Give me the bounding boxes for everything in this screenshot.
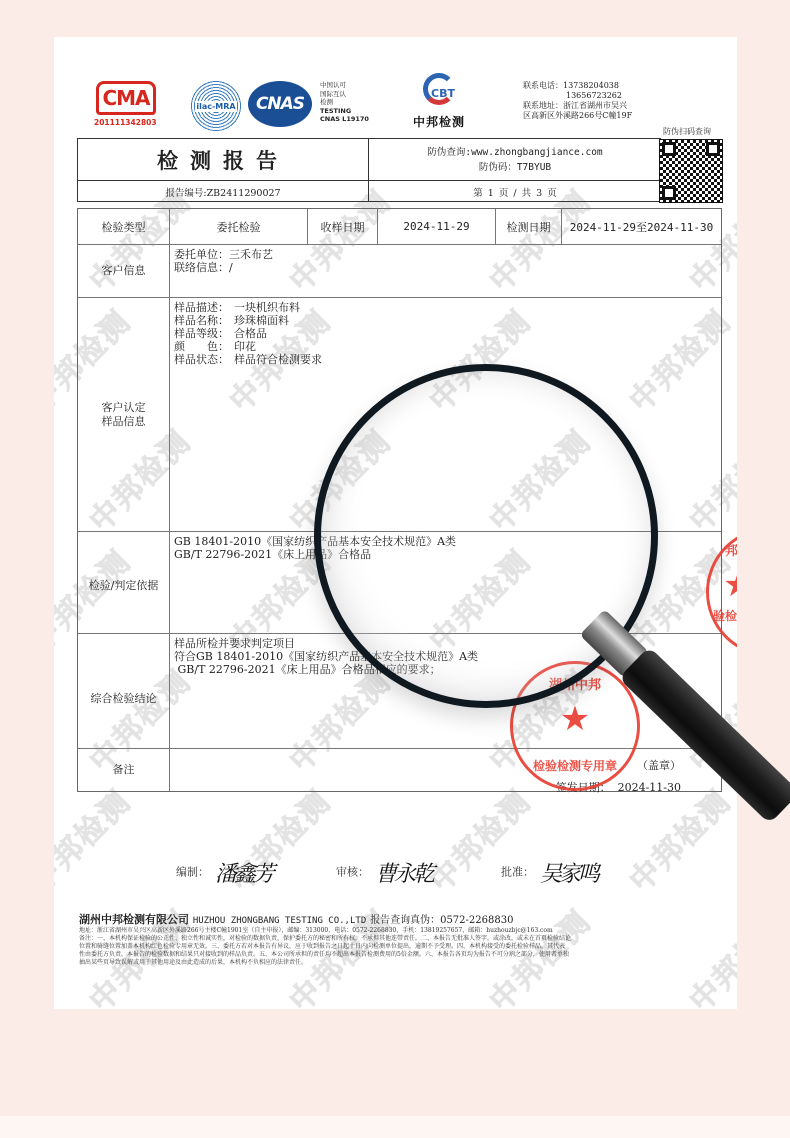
approved-label: 批准： xyxy=(501,866,534,879)
star-icon: ★ xyxy=(560,699,590,739)
sample-field: 样品等级：合格品 xyxy=(174,327,717,340)
ilac-mra-logo: ilac-MRA xyxy=(190,80,242,132)
seal-bottom-text: 检验检测专用章 xyxy=(533,757,617,774)
cnas-text: CNAS xyxy=(256,94,304,114)
label-line: 样品信息 xyxy=(102,415,146,429)
report-footer: 湖州中邦检测有限公司 HUZHOU ZHONGBANG TESTING CO.,… xyxy=(79,911,719,967)
reviewed-by: 审核：曹永乾 xyxy=(336,857,432,888)
test-date-label: 检测日期 xyxy=(496,209,562,244)
footer-note: 位置和骑缝位置加盖本机构红色检验专用章无效。三、委托方若对本报告有异议，应于收到… xyxy=(79,943,719,951)
footer-note: 备注：一、本机构保证检验的公正性、独立性和诚实性，对检验的数据负责，保护委托方的… xyxy=(79,935,719,943)
client-info-row: 客户信息 委托单位：三禾布艺 联络信息：/ xyxy=(78,245,721,298)
basis-label: 检验/判定依据 xyxy=(78,532,170,633)
sample-field: 颜 色：印花 xyxy=(174,340,717,353)
sample-field-value: 样品符合检测要求 xyxy=(234,353,322,366)
company-name-en: HUZHOU ZHONGBANG TESTING CO.,LTD xyxy=(193,916,366,926)
footer-note: 抽出某些页导致误解或用于其他用途及由此造成的后果，本机构不负相应的法律责任。 xyxy=(79,959,719,967)
sample-field-value: 珍珠棉面料 xyxy=(234,314,289,327)
cbt-logo: CBT 中邦检测 xyxy=(409,73,469,135)
sample-field-key: 样品名称： xyxy=(174,314,234,327)
cnas-line: 中国认可 xyxy=(320,81,369,90)
cma-number: 201111342803 xyxy=(94,118,157,127)
test-date-value: 2024-11-29至2024-11-30 xyxy=(562,209,721,244)
report-header-table: 检测报告 防伪查询:www.zhongbangjiance.com 防伪码：T7… xyxy=(77,138,661,202)
anti-fake-info: 防伪查询:www.zhongbangjiance.com 防伪码：T7BYUB xyxy=(369,139,661,181)
sample-field-key: 颜 色： xyxy=(174,340,234,353)
sample-info-value: 样品描述：一块机织布料样品名称：珍珠棉面料样品等级：合格品颜 色：印花样品状态：… xyxy=(174,301,717,366)
side-seal-top-text: 邦检 xyxy=(725,540,737,559)
qr-code-icon[interactable] xyxy=(660,140,722,202)
report-title: 检测报告 xyxy=(78,139,369,181)
seal-note: （盖章） xyxy=(637,757,681,773)
sample-field: 样品状态：样品符合检测要求 xyxy=(174,353,717,366)
cnas-line: 国际互认 xyxy=(320,90,369,99)
address-line: 区高新区外溪路266号C幢19F xyxy=(523,111,632,121)
cbt-text: CBT xyxy=(431,87,455,100)
cnas-logo: CNAS xyxy=(248,81,312,127)
type-label: 检验类型 xyxy=(78,209,170,244)
reviewed-signature: 曹永乾 xyxy=(375,862,432,887)
client-info-value: 委托单位：三禾布艺 联络信息：/ xyxy=(174,248,717,274)
sample-field-key: 样品等级： xyxy=(174,327,234,340)
phone-label: 联系电话： xyxy=(523,81,563,90)
conclusion-label: 综合检验结论 xyxy=(78,634,170,748)
sample-field-key: 样品状态： xyxy=(174,353,234,366)
company-address: 地址：浙江省湖州市吴兴区高新区外溪路266号主楼C幢1901室（自主申报），邮编… xyxy=(79,927,719,935)
label-line: 客户认定 xyxy=(102,401,146,415)
side-seal-bottom-text: 验检 xyxy=(713,607,737,624)
sample-field: 样品名称：珍珠棉面料 xyxy=(174,314,717,327)
prepared-by: 编制：潘鑫芳 xyxy=(176,857,272,888)
receive-date-value: 2024-11-29 xyxy=(378,209,496,244)
receive-date-label: 收样日期 xyxy=(308,209,378,244)
sample-field-value: 印花 xyxy=(234,340,256,353)
star-icon: ★ xyxy=(723,565,737,605)
anti-fake-query: 防伪查询:www.zhongbangjiance.com xyxy=(427,145,602,160)
cnas-line: 检测 xyxy=(320,98,369,107)
footer-note: 性由委托方负责，本报告的检验数据和结果只对接收到的样品负责。五、本公司所承担的责… xyxy=(79,951,719,959)
address-line: 浙江省湖州市吴兴 xyxy=(563,101,627,110)
cma-mark: CMA xyxy=(96,81,156,115)
contact-info: 联系电话：13738204038 13656723262 联系地址：浙江省湖州市… xyxy=(523,81,632,121)
cnas-line: CNAS L19170 xyxy=(320,115,369,124)
watermark-text: 中邦检测 xyxy=(617,778,737,900)
watermark-text: 中邦检测 xyxy=(54,778,139,900)
client-info-label: 客户信息 xyxy=(78,245,170,297)
verify-phone: 报告查询真伪：0572-2268830 xyxy=(370,915,513,926)
cnas-line: TESTING xyxy=(320,107,369,116)
company-name: 湖州中邦检测有限公司 xyxy=(79,913,189,926)
client-contact: 联络信息：/ xyxy=(174,261,717,274)
report-number: 报告编号:ZB2411290027 xyxy=(78,181,369,202)
page-indicator: 第 1 页 / 共 3 页 xyxy=(369,181,661,202)
remark-label: 备注 xyxy=(78,749,170,791)
cbt-company-name: 中邦检测 xyxy=(409,113,469,130)
phone-number: 13738204038 xyxy=(563,81,619,90)
phone-number: 13656723262 xyxy=(523,91,632,101)
inspection-type-row: 检验类型 委托检验 收样日期 2024-11-29 检测日期 2024-11-2… xyxy=(78,209,721,245)
sample-field: 样品描述：一块机织布料 xyxy=(174,301,717,314)
approved-by: 批准：吴家鸣 xyxy=(501,857,597,888)
sample-field-key: 样品描述： xyxy=(174,301,234,314)
address-label: 联系地址： xyxy=(523,101,563,110)
prepared-signature: 潘鑫芳 xyxy=(215,862,272,887)
anti-fake-code: 防伪码：T7BYUB xyxy=(479,160,551,175)
cma-logo: CMA 201111342803 xyxy=(96,81,158,129)
sample-info-label: 客户认定样品信息 xyxy=(78,298,170,531)
client-name: 委托单位：三禾布艺 xyxy=(174,248,717,261)
cnas-accreditation-text: 中国认可 国际互认 检测 TESTING CNAS L19170 xyxy=(320,81,369,124)
ilac-text: ilac-MRA xyxy=(195,101,236,112)
approved-signature: 吴家鸣 xyxy=(540,862,597,887)
qr-scan-label: 防伪扫码查询 xyxy=(663,126,711,137)
reviewed-label: 审核： xyxy=(336,866,369,879)
page-bottom-strip xyxy=(0,1116,790,1138)
prepared-label: 编制： xyxy=(176,866,209,879)
sample-field-value: 合格品 xyxy=(234,327,267,340)
type-value: 委托检验 xyxy=(170,209,308,244)
sample-field-value: 一块机织布料 xyxy=(234,301,300,314)
